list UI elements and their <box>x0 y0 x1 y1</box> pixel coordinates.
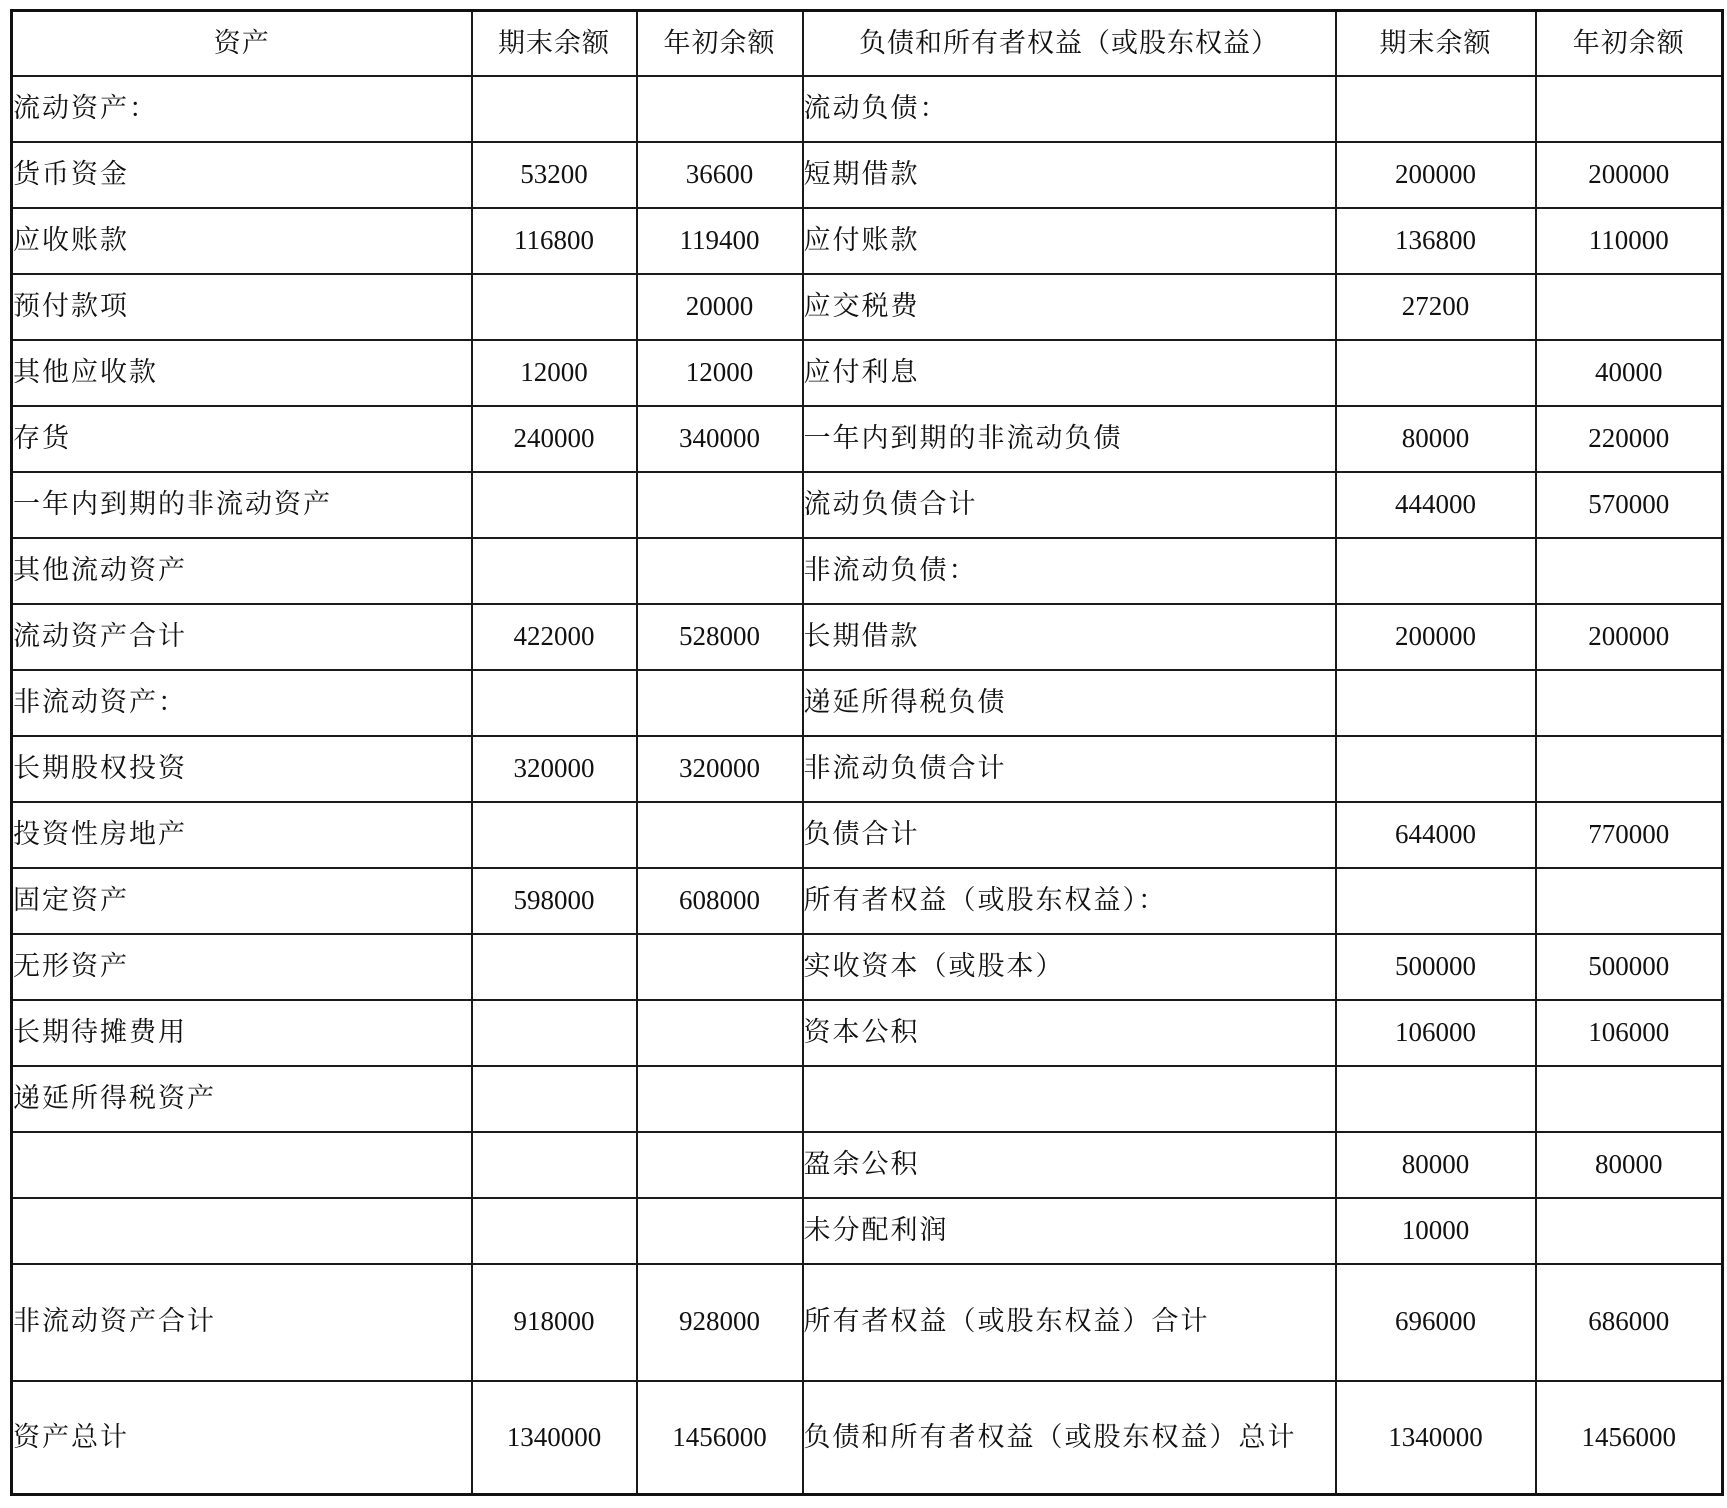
liability-item: 应付账款 <box>803 208 1336 274</box>
asset-end-balance <box>472 274 637 340</box>
liability-item: 流动负债： <box>803 76 1336 142</box>
liability-item: 应交税费 <box>803 274 1336 340</box>
table-row: 长期待摊费用资本公积106000106000 <box>12 1000 1723 1066</box>
liability-item: 递延所得税负债 <box>803 670 1336 736</box>
asset-begin-balance: 12000 <box>637 340 803 406</box>
liability-begin-balance: 80000 <box>1536 1132 1723 1198</box>
asset-item: 固定资产 <box>12 868 472 934</box>
asset-end-balance <box>472 802 637 868</box>
table-row: 长期股权投资320000320000非流动负债合计 <box>12 736 1723 802</box>
asset-item: 一年内到期的非流动资产 <box>12 472 472 538</box>
asset-item: 流动资产合计 <box>12 604 472 670</box>
liability-end-balance: 10000 <box>1336 1198 1536 1264</box>
asset-item: 其他流动资产 <box>12 538 472 604</box>
liability-begin-balance <box>1536 274 1723 340</box>
liability-end-balance: 27200 <box>1336 274 1536 340</box>
liability-item: 盈余公积 <box>803 1132 1336 1198</box>
liability-begin-balance <box>1536 1066 1723 1132</box>
asset-end-balance: 422000 <box>472 604 637 670</box>
asset-begin-balance <box>637 1198 803 1264</box>
asset-item: 非流动资产： <box>12 670 472 736</box>
asset-begin-balance: 928000 <box>637 1264 803 1381</box>
liability-end-balance: 200000 <box>1336 604 1536 670</box>
asset-item <box>12 1198 472 1264</box>
liability-end-balance: 136800 <box>1336 208 1536 274</box>
asset-item: 长期股权投资 <box>12 736 472 802</box>
asset-end-balance <box>472 76 637 142</box>
liability-end-balance <box>1336 1066 1536 1132</box>
liability-end-balance <box>1336 538 1536 604</box>
asset-item: 非流动资产合计 <box>12 1264 472 1381</box>
liability-begin-balance: 40000 <box>1536 340 1723 406</box>
asset-begin-balance: 528000 <box>637 604 803 670</box>
asset-end-balance <box>472 1132 637 1198</box>
liability-item: 未分配利润 <box>803 1198 1336 1264</box>
asset-end-balance: 240000 <box>472 406 637 472</box>
asset-item: 资产总计 <box>12 1381 472 1495</box>
asset-begin-balance: 1456000 <box>637 1381 803 1495</box>
asset-end-balance: 1340000 <box>472 1381 637 1495</box>
asset-item: 无形资产 <box>12 934 472 1000</box>
table-row: 流动资产：流动负债： <box>12 76 1723 142</box>
asset-end-balance <box>472 934 637 1000</box>
asset-begin-balance <box>637 1132 803 1198</box>
liability-end-balance: 500000 <box>1336 934 1536 1000</box>
table-row: 盈余公积8000080000 <box>12 1132 1723 1198</box>
liability-item: 一年内到期的非流动负债 <box>803 406 1336 472</box>
asset-begin-balance: 20000 <box>637 274 803 340</box>
liability-end-balance <box>1336 670 1536 736</box>
liability-item: 负债和所有者权益（或股东权益）总计 <box>803 1381 1336 1495</box>
asset-begin-balance: 608000 <box>637 868 803 934</box>
table-row: 非流动资产：递延所得税负债 <box>12 670 1723 736</box>
liability-end-balance <box>1336 340 1536 406</box>
asset-item: 其他应收款 <box>12 340 472 406</box>
asset-end-balance: 53200 <box>472 142 637 208</box>
asset-end-balance <box>472 472 637 538</box>
table-row: 递延所得税资产 <box>12 1066 1723 1132</box>
liability-begin-balance: 106000 <box>1536 1000 1723 1066</box>
liability-end-balance: 106000 <box>1336 1000 1536 1066</box>
table-row: 存货240000340000一年内到期的非流动负债80000220000 <box>12 406 1723 472</box>
asset-item: 投资性房地产 <box>12 802 472 868</box>
table-row: 无形资产实收资本（或股本）500000500000 <box>12 934 1723 1000</box>
table-row: 其他应收款1200012000应付利息40000 <box>12 340 1723 406</box>
table-row: 固定资产598000608000所有者权益（或股东权益）： <box>12 868 1723 934</box>
liability-begin-balance <box>1536 76 1723 142</box>
asset-begin-balance: 36600 <box>637 142 803 208</box>
liability-begin-balance <box>1536 538 1723 604</box>
table-row: 投资性房地产负债合计644000770000 <box>12 802 1723 868</box>
table-row: 货币资金5320036600短期借款200000200000 <box>12 142 1723 208</box>
liability-end-balance: 696000 <box>1336 1264 1536 1381</box>
table-row: 一年内到期的非流动资产流动负债合计444000570000 <box>12 472 1723 538</box>
asset-item: 货币资金 <box>12 142 472 208</box>
liability-end-balance: 80000 <box>1336 1132 1536 1198</box>
asset-begin-balance <box>637 1000 803 1066</box>
liability-item <box>803 1066 1336 1132</box>
header-assets-begin-balance: 年初余额 <box>637 11 803 76</box>
header-assets-end-balance: 期末余额 <box>472 11 637 76</box>
liability-item: 非流动负债： <box>803 538 1336 604</box>
table-row: 流动资产合计422000528000长期借款200000200000 <box>12 604 1723 670</box>
liability-end-balance: 80000 <box>1336 406 1536 472</box>
asset-begin-balance: 119400 <box>637 208 803 274</box>
header-liabilities-equity: 负债和所有者权益（或股东权益） <box>803 11 1336 76</box>
liability-begin-balance: 570000 <box>1536 472 1723 538</box>
liability-end-balance: 200000 <box>1336 142 1536 208</box>
asset-end-balance <box>472 538 637 604</box>
header-assets: 资产 <box>12 11 472 76</box>
asset-begin-balance: 340000 <box>637 406 803 472</box>
liability-begin-balance: 200000 <box>1536 142 1723 208</box>
asset-item: 递延所得税资产 <box>12 1066 472 1132</box>
liability-begin-balance: 1456000 <box>1536 1381 1723 1495</box>
liability-begin-balance <box>1536 868 1723 934</box>
asset-begin-balance: 320000 <box>637 736 803 802</box>
asset-end-balance <box>472 670 637 736</box>
asset-item: 长期待摊费用 <box>12 1000 472 1066</box>
asset-end-balance: 598000 <box>472 868 637 934</box>
asset-end-balance <box>472 1000 637 1066</box>
liability-begin-balance: 770000 <box>1536 802 1723 868</box>
asset-end-balance: 320000 <box>472 736 637 802</box>
table-row: 应收账款116800119400应付账款136800110000 <box>12 208 1723 274</box>
liability-begin-balance: 500000 <box>1536 934 1723 1000</box>
liability-begin-balance: 686000 <box>1536 1264 1723 1381</box>
liability-begin-balance <box>1536 1198 1723 1264</box>
asset-item: 预付款项 <box>12 274 472 340</box>
asset-end-balance: 12000 <box>472 340 637 406</box>
asset-item: 存货 <box>12 406 472 472</box>
liability-end-balance <box>1336 76 1536 142</box>
liability-begin-balance: 220000 <box>1536 406 1723 472</box>
liability-end-balance: 444000 <box>1336 472 1536 538</box>
liability-begin-balance <box>1536 736 1723 802</box>
liability-item: 资本公积 <box>803 1000 1336 1066</box>
liability-end-balance <box>1336 868 1536 934</box>
asset-end-balance: 918000 <box>472 1264 637 1381</box>
asset-begin-balance <box>637 1066 803 1132</box>
table-row: 资产总计13400001456000负债和所有者权益（或股东权益）总计13400… <box>12 1381 1723 1495</box>
liability-item: 所有者权益（或股东权益）： <box>803 868 1336 934</box>
liability-item: 应付利息 <box>803 340 1336 406</box>
liability-item: 流动负债合计 <box>803 472 1336 538</box>
balance-sheet-table: 资产 期末余额 年初余额 负债和所有者权益（或股东权益） 期末余额 年初余额 流… <box>10 9 1724 1496</box>
liability-item: 所有者权益（或股东权益）合计 <box>803 1264 1336 1381</box>
table-row: 其他流动资产非流动负债： <box>12 538 1723 604</box>
header-row: 资产 期末余额 年初余额 负债和所有者权益（或股东权益） 期末余额 年初余额 <box>12 11 1723 76</box>
asset-end-balance <box>472 1198 637 1264</box>
asset-begin-balance <box>637 934 803 1000</box>
table-row: 非流动资产合计918000928000所有者权益（或股东权益）合计6960006… <box>12 1264 1723 1381</box>
header-liab-begin-balance: 年初余额 <box>1536 11 1723 76</box>
liability-begin-balance: 110000 <box>1536 208 1723 274</box>
liability-item: 负债合计 <box>803 802 1336 868</box>
asset-begin-balance <box>637 802 803 868</box>
liability-begin-balance: 200000 <box>1536 604 1723 670</box>
liability-begin-balance <box>1536 670 1723 736</box>
liability-item: 长期借款 <box>803 604 1336 670</box>
liability-item: 实收资本（或股本） <box>803 934 1336 1000</box>
liability-item: 短期借款 <box>803 142 1336 208</box>
asset-begin-balance <box>637 472 803 538</box>
table-row: 未分配利润10000 <box>12 1198 1723 1264</box>
table-row: 预付款项20000应交税费27200 <box>12 274 1723 340</box>
liability-end-balance: 1340000 <box>1336 1381 1536 1495</box>
asset-item <box>12 1132 472 1198</box>
header-liab-end-balance: 期末余额 <box>1336 11 1536 76</box>
asset-end-balance: 116800 <box>472 208 637 274</box>
asset-item: 应收账款 <box>12 208 472 274</box>
asset-end-balance <box>472 1066 637 1132</box>
liability-item: 非流动负债合计 <box>803 736 1336 802</box>
asset-begin-balance <box>637 538 803 604</box>
asset-begin-balance <box>637 670 803 736</box>
liability-end-balance: 644000 <box>1336 802 1536 868</box>
asset-item: 流动资产： <box>12 76 472 142</box>
asset-begin-balance <box>637 76 803 142</box>
liability-end-balance <box>1336 736 1536 802</box>
